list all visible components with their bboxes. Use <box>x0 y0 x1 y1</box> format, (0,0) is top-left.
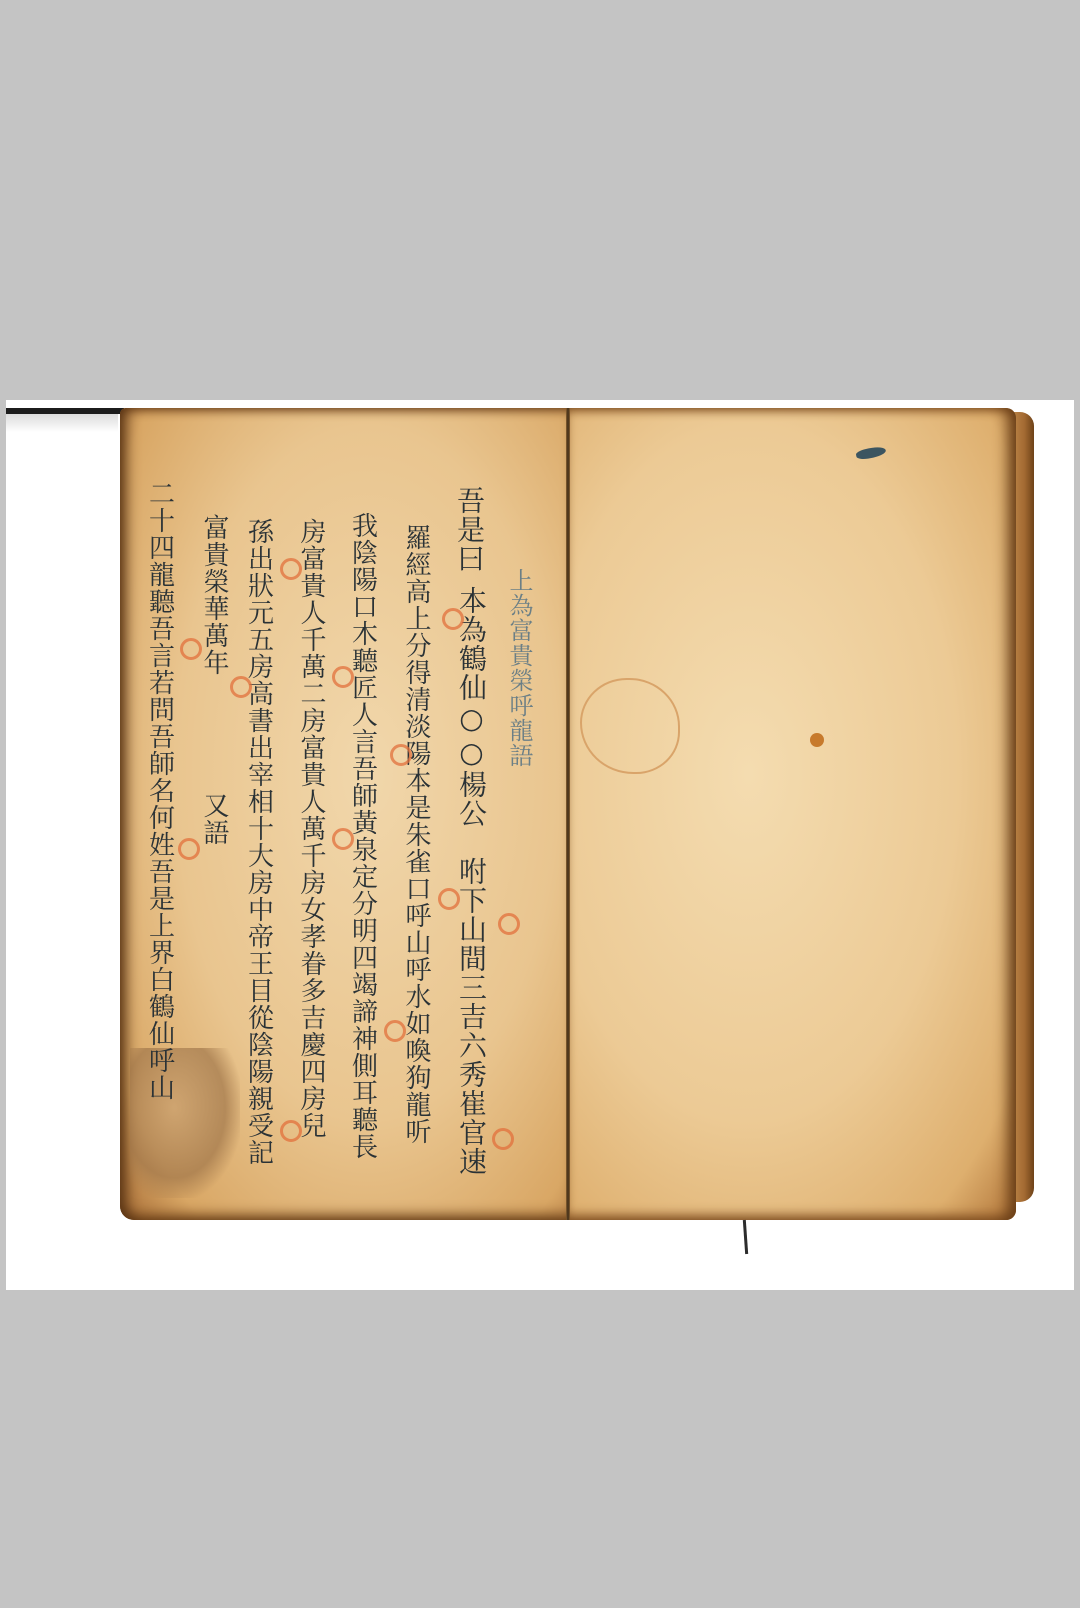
right-page <box>570 408 1016 1220</box>
left-page: 吾是曰 本為鶴仙○○楊公𢈷咐下山間三吉六秀崔官速 上為富貴榮呼龍語 羅經高上分得… <box>120 408 570 1220</box>
red-punctuation-mark <box>498 913 520 935</box>
text-column-1-annotation: 上為富貴榮呼龍語 <box>504 568 534 768</box>
text-column-6: 富貴榮華萬年 <box>198 514 230 676</box>
red-punctuation-mark <box>390 744 412 766</box>
text-column-1: 本為鶴仙○○楊公𢈷咐下山間三吉六秀崔官速 <box>454 586 488 1176</box>
water-ring-stain <box>580 678 680 774</box>
text-column-4: 房富貴人千萬二房富貴人萬千房女孝眷多吉慶四房兒 <box>296 518 326 1139</box>
text-column-7: 二十四龍聽吾言若問吾師名何姓吾是上界白鶴仙呼山 <box>144 480 174 1101</box>
text-column-6-note: 又語 <box>198 792 230 846</box>
red-punctuation-mark <box>438 888 460 910</box>
text-column-1-heading: 吾是曰 <box>452 486 486 573</box>
red-punctuation-mark <box>492 1128 514 1150</box>
red-punctuation-mark <box>280 1120 302 1142</box>
manuscript-spread: 吾是曰 本為鶴仙○○楊公𢈷咐下山間三吉六秀崔官速 上為富貴榮呼龍語 羅經高上分得… <box>120 408 1040 1220</box>
ink-stain <box>855 445 886 461</box>
binding-thread <box>743 1220 748 1254</box>
red-punctuation-mark <box>384 1020 406 1042</box>
red-punctuation-mark <box>332 666 354 688</box>
text-column-5: 孫出狀元五房高書出宰相十大房中帝王目從陰陽親受記 <box>244 518 273 1166</box>
scan-bed: 吾是曰 本為鶴仙○○楊公𢈷咐下山間三吉六秀崔官速 上為富貴榮呼龍語 羅經高上分得… <box>6 400 1074 1290</box>
red-punctuation-mark <box>178 838 200 860</box>
red-punctuation-mark <box>332 828 354 850</box>
rust-spot <box>810 733 824 747</box>
red-punctuation-mark <box>180 638 202 660</box>
red-punctuation-mark <box>230 676 252 698</box>
red-punctuation-mark <box>280 558 302 580</box>
scanner-shadow <box>6 414 118 432</box>
text-column-2: 羅經高上分得清淡陽本是朱雀口呼山呼水如喚狗龍听 <box>400 524 431 1145</box>
red-punctuation-mark <box>442 608 464 630</box>
